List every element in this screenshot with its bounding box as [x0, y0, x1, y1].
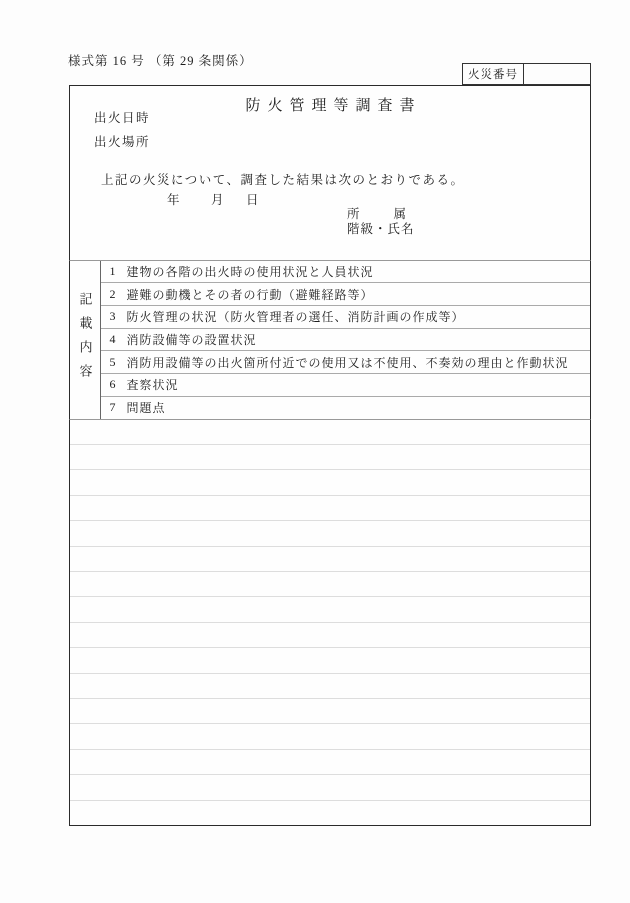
- blank-writing-line: [70, 750, 590, 775]
- table-row: 5 消防用設備等の出火箇所付近での使用又は不使用、不奏効の理由と作動状況: [101, 351, 590, 374]
- fire-location-label: 出火場所: [94, 132, 150, 150]
- row-label: 防火管理の状況（防火管理者の選任、消防計画の作成等）: [127, 308, 465, 325]
- blank-writing-line: [70, 801, 590, 825]
- fire-datetime-label: 出火日時: [94, 108, 150, 126]
- contents-side-column: 記載内容: [70, 261, 101, 419]
- blank-writing-line: [70, 521, 590, 546]
- row-number: 2: [110, 287, 127, 302]
- blank-writing-line: [70, 597, 590, 622]
- form-code: 様式第 16 号 （第 29 条関係）: [68, 51, 253, 69]
- blank-writing-line: [70, 470, 590, 495]
- blank-writing-line: [70, 445, 590, 470]
- date-day-label: 日: [246, 190, 259, 208]
- row-number: 1: [110, 264, 127, 279]
- statement-text: 上記の火災について、調査した結果は次のとおりである。: [101, 170, 465, 188]
- blank-writing-line: [70, 648, 590, 673]
- row-number: 6: [110, 377, 127, 392]
- fire-number-label: 火災番号: [463, 64, 524, 84]
- contents-side-label: 記載内容: [70, 292, 100, 388]
- row-label: 消防用設備等の出火箇所付近での使用又は不使用、不奏効の理由と作動状況: [127, 354, 569, 371]
- blank-writing-line: [70, 623, 590, 648]
- fire-number-box: 火災番号: [462, 63, 591, 85]
- table-row: 4 消防設備等の設置状況: [101, 329, 590, 352]
- table-row: 1 建物の各階の出火時の使用状況と人員状況: [101, 261, 590, 284]
- table-row: 3 防火管理の状況（防火管理者の選任、消防計画の作成等）: [101, 306, 590, 329]
- row-number: 5: [110, 355, 127, 370]
- contents-rows: 1 建物の各階の出火時の使用状況と人員状況 2 避難の動機とその者の行動（避難経…: [101, 261, 590, 419]
- row-label: 問題点: [127, 399, 166, 416]
- report-form: 防火管理等調査書 出火日時 出火場所 上記の火災について、調査した結果は次のとお…: [69, 85, 591, 826]
- row-label: 消防設備等の設置状況: [127, 331, 257, 348]
- blank-writing-line: [70, 724, 590, 749]
- row-label: 査察状況: [127, 376, 179, 393]
- row-label: 避難の動機とその者の行動（避難経路等）: [127, 286, 374, 303]
- blank-writing-line: [70, 572, 590, 597]
- date-line: 年 月 日: [70, 190, 590, 206]
- date-month-label: 月: [211, 190, 224, 208]
- row-number: 3: [110, 309, 127, 324]
- blank-writing-line: [70, 420, 590, 445]
- row-number: 7: [110, 400, 127, 415]
- document-page: { "page": { "form_code": "様式第 16 号 （第 29…: [0, 0, 630, 903]
- blank-writing-line: [70, 699, 590, 724]
- blank-writing-area: [70, 420, 590, 826]
- blank-writing-line: [70, 547, 590, 572]
- blank-writing-line: [70, 775, 590, 800]
- fire-number-value: [524, 64, 590, 84]
- row-number: 4: [110, 332, 127, 347]
- rank-name-label: 階級・氏名: [347, 219, 415, 237]
- blank-writing-line: [70, 674, 590, 699]
- blank-writing-line: [70, 496, 590, 521]
- table-row: 7 問題点: [101, 397, 590, 419]
- table-row: 2 避難の動機とその者の行動（避難経路等）: [101, 283, 590, 306]
- contents-table: 記載内容 1 建物の各階の出火時の使用状況と人員状況 2 避難の動機とその者の行…: [69, 260, 591, 420]
- table-row: 6 査察状況: [101, 374, 590, 397]
- row-label: 建物の各階の出火時の使用状況と人員状況: [127, 263, 374, 280]
- date-year-label: 年: [167, 190, 180, 208]
